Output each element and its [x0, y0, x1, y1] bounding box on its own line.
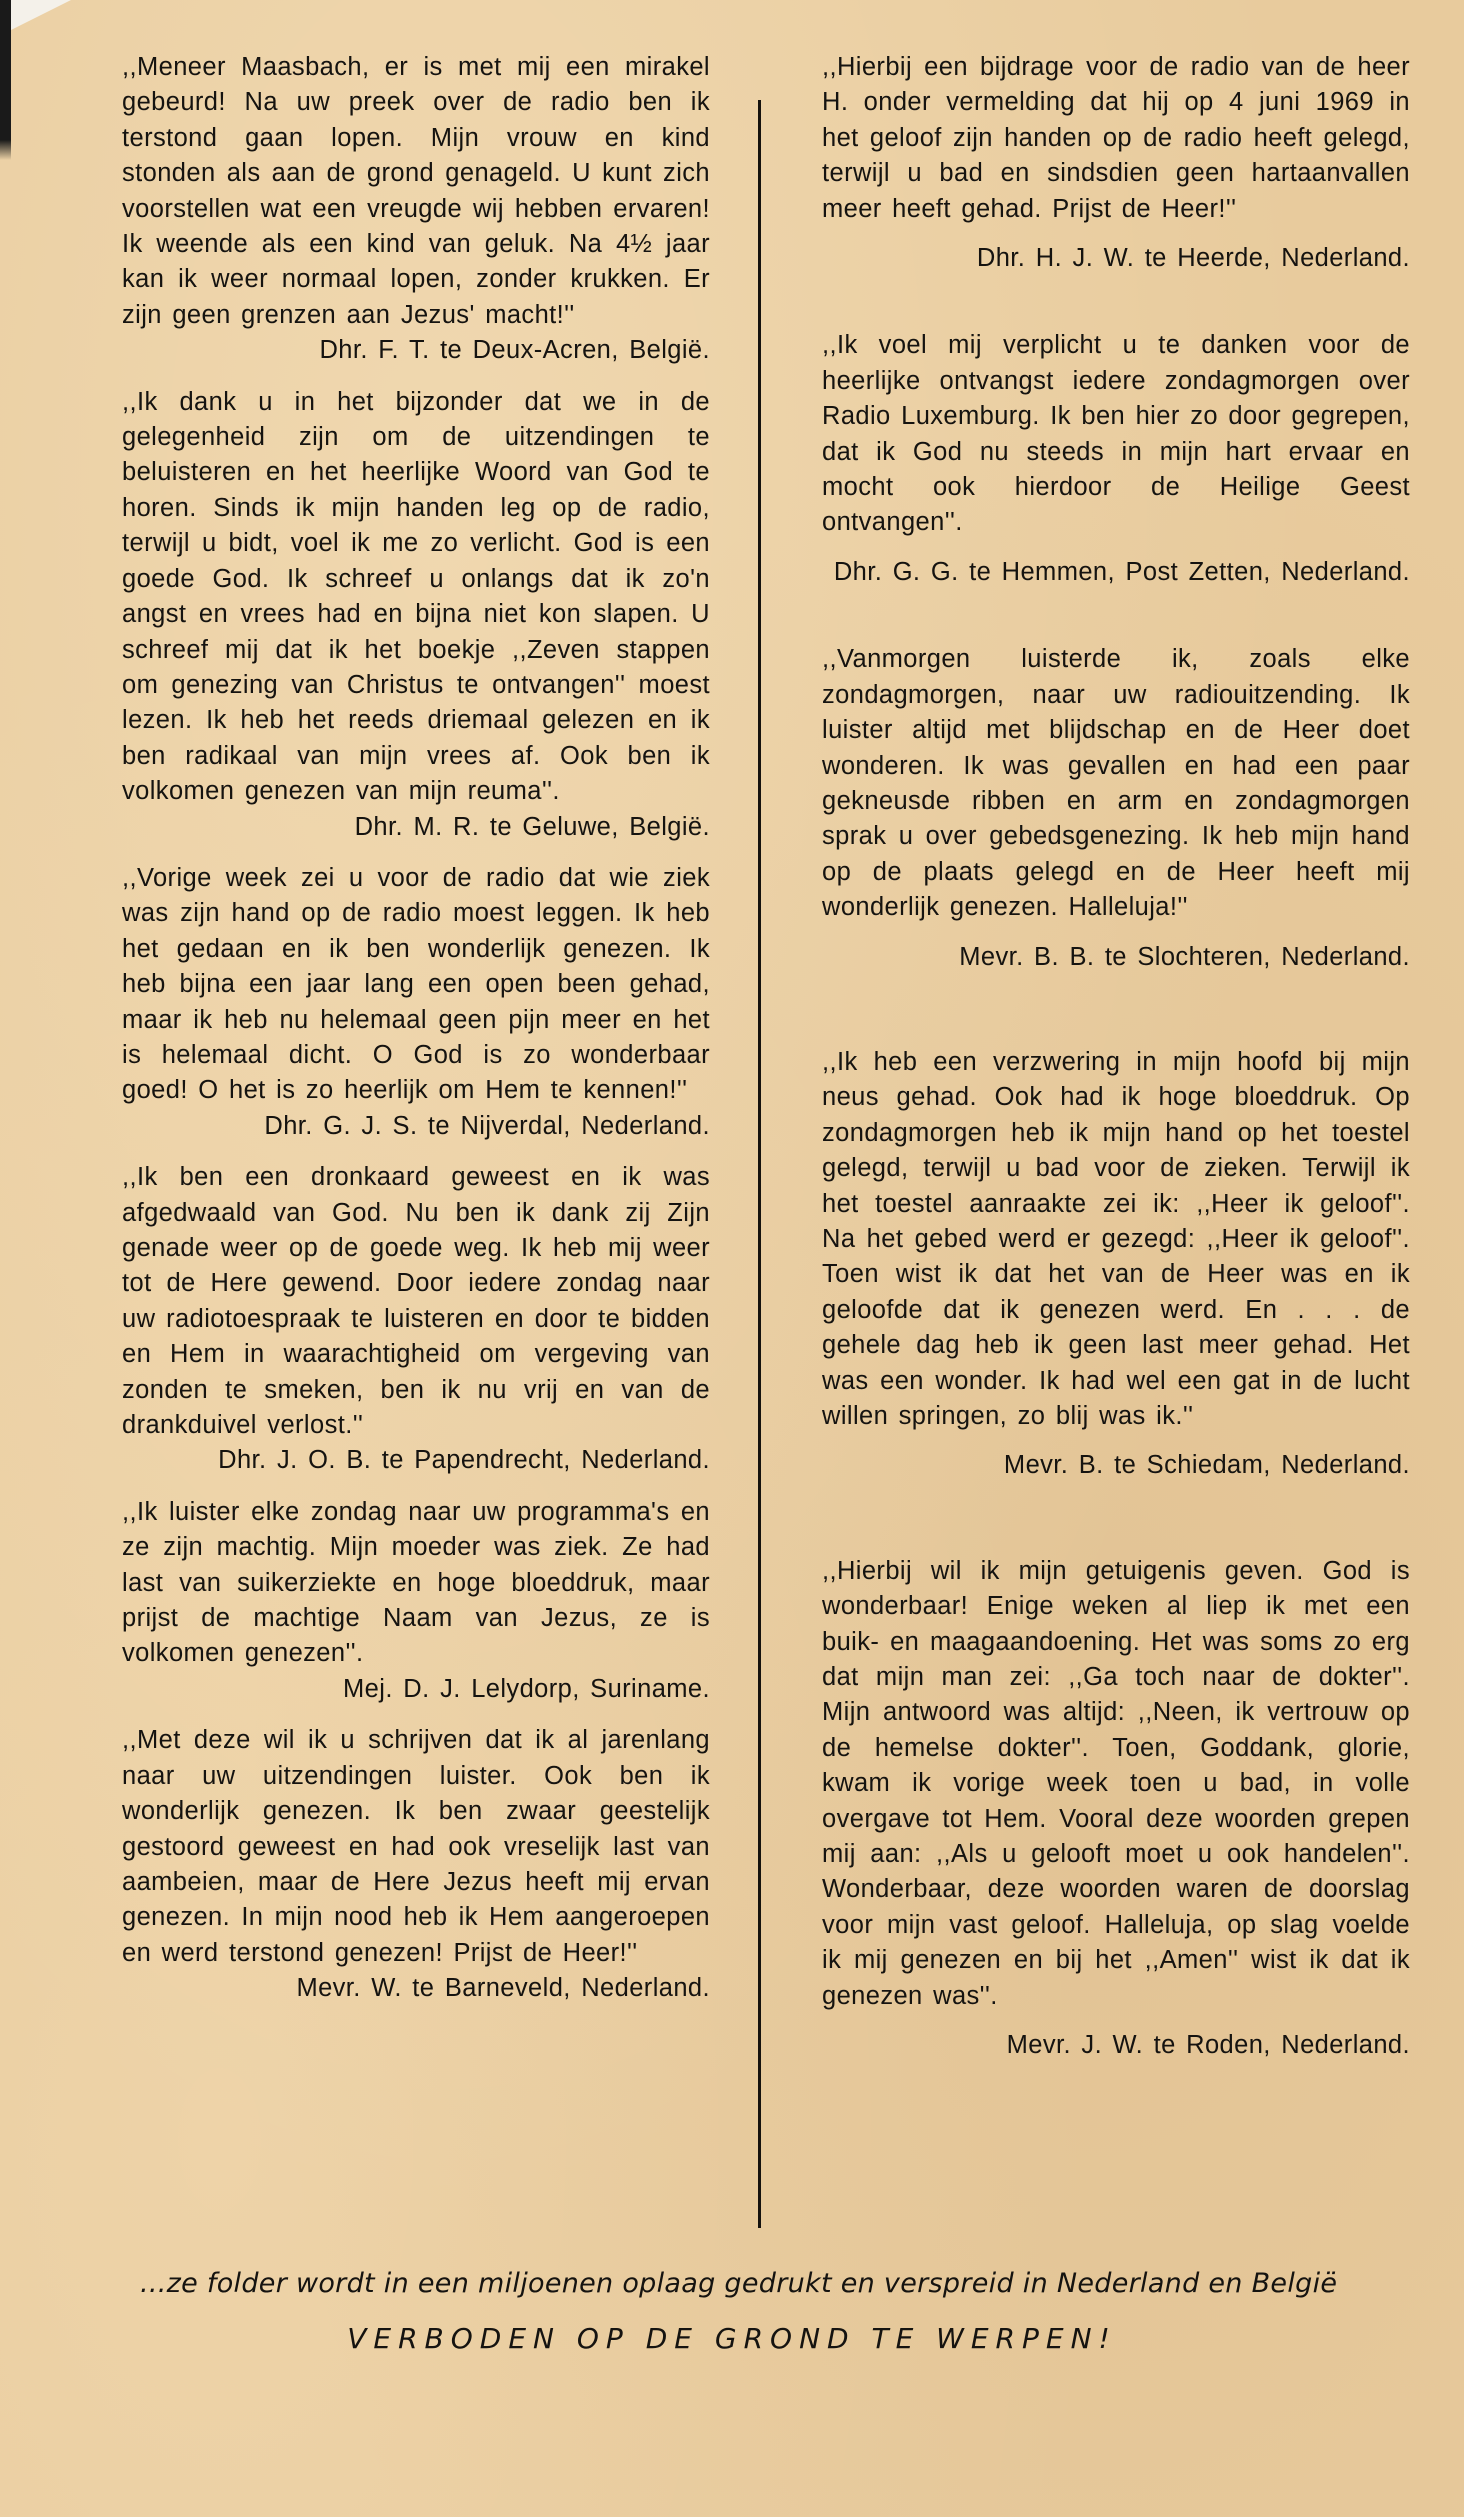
testimonial-signature: Dhr. G. J. S. te Nijverdal, Nederland.: [122, 1109, 710, 1144]
testimonial-quote: ,,Ik dank u in het bijzonder dat we in d…: [122, 385, 710, 810]
testimonial: ,,Vorige week zei u voor de radio dat wi…: [122, 861, 710, 1144]
testimonial-quote: ,,Vorige week zei u voor de radio dat wi…: [122, 861, 710, 1109]
testimonial-quote: ,,Hierbij een bijdrage voor de radio van…: [822, 50, 1410, 227]
testimonial: ,,Met deze wil ik u schrijven dat ik al …: [122, 1723, 710, 2006]
left-column: ,,Meneer Maasbach, er is met mij een mir…: [122, 50, 710, 2007]
testimonial: ,,Ik heb een verzwering in mijn hoofd bi…: [822, 1045, 1410, 1484]
column-divider: [758, 100, 761, 2228]
scan-edge-shadow: [0, 0, 11, 2517]
testimonial-quote: ,,Met deze wil ik u schrijven dat ik al …: [122, 1723, 710, 1971]
testimonial: ,,Ik dank u in het bijzonder dat we in d…: [122, 385, 710, 845]
testimonial-signature: Dhr. M. R. te Geluwe, België.: [122, 810, 710, 845]
testimonial-quote: ,,Ik voel mij verplicht u te danken voor…: [822, 328, 1410, 540]
testimonial: ,,Ik voel mij verplicht u te danken voor…: [822, 328, 1410, 590]
testimonial-signature: Mevr. J. W. te Roden, Nederland.: [822, 2028, 1410, 2063]
testimonial: ,,Hierbij wil ik mijn getuigenis geven. …: [822, 1554, 1410, 2064]
testimonial-quote: ,,Ik heb een verzwering in mijn hoofd bi…: [822, 1045, 1410, 1434]
print-run-note: ...ze folder wordt in een miljoenen opla…: [140, 2268, 1410, 2299]
testimonial: ,,Meneer Maasbach, er is met mij een mir…: [122, 50, 710, 369]
testimonial-signature: Mevr. B. te Schiedam, Nederland.: [822, 1448, 1410, 1483]
testimonial-signature: Mevr. B. B. te Slochteren, Nederland.: [822, 940, 1410, 975]
testimonial-quote: ,,Meneer Maasbach, er is met mij een mir…: [122, 50, 710, 333]
testimonial-quote: ,,Hierbij wil ik mijn getuigenis geven. …: [822, 1554, 1410, 2014]
testimonial-signature: Dhr. F. T. te Deux-Acren, België.: [122, 333, 710, 368]
torn-corner: [11, 0, 71, 30]
testimonial-signature: Dhr. J. O. B. te Papendrecht, Nederland.: [122, 1443, 710, 1478]
testimonial-signature: Mevr. W. te Barneveld, Nederland.: [122, 1971, 710, 2006]
testimonial-quote: ,,Ik luister elke zondag naar uw program…: [122, 1495, 710, 1672]
testimonial-signature: Dhr. G. G. te Hemmen, Post Zetten, Neder…: [822, 555, 1410, 590]
testimonial-signature: Dhr. H. J. W. te Heerde, Nederland.: [822, 241, 1410, 276]
testimonial-quote: ,,Ik ben een dronkaard geweest en ik was…: [122, 1160, 710, 1443]
litter-warning: VERBODEN OP DE GROND TE WERPEN!: [0, 2322, 1464, 2355]
testimonial: ,,Ik ben een dronkaard geweest en ik was…: [122, 1160, 710, 1479]
right-column: ,,Hierbij een bijdrage voor de radio van…: [822, 50, 1410, 2064]
testimonial-quote: ,,Vanmorgen luisterde ik, zoals elke zon…: [822, 642, 1410, 925]
testimonial-signature: Mej. D. J. Lelydorp, Suriname.: [122, 1672, 710, 1707]
testimonial: ,,Hierbij een bijdrage voor de radio van…: [822, 50, 1410, 276]
testimonial: ,,Vanmorgen luisterde ik, zoals elke zon…: [822, 642, 1410, 975]
testimonial: ,,Ik luister elke zondag naar uw program…: [122, 1495, 710, 1707]
